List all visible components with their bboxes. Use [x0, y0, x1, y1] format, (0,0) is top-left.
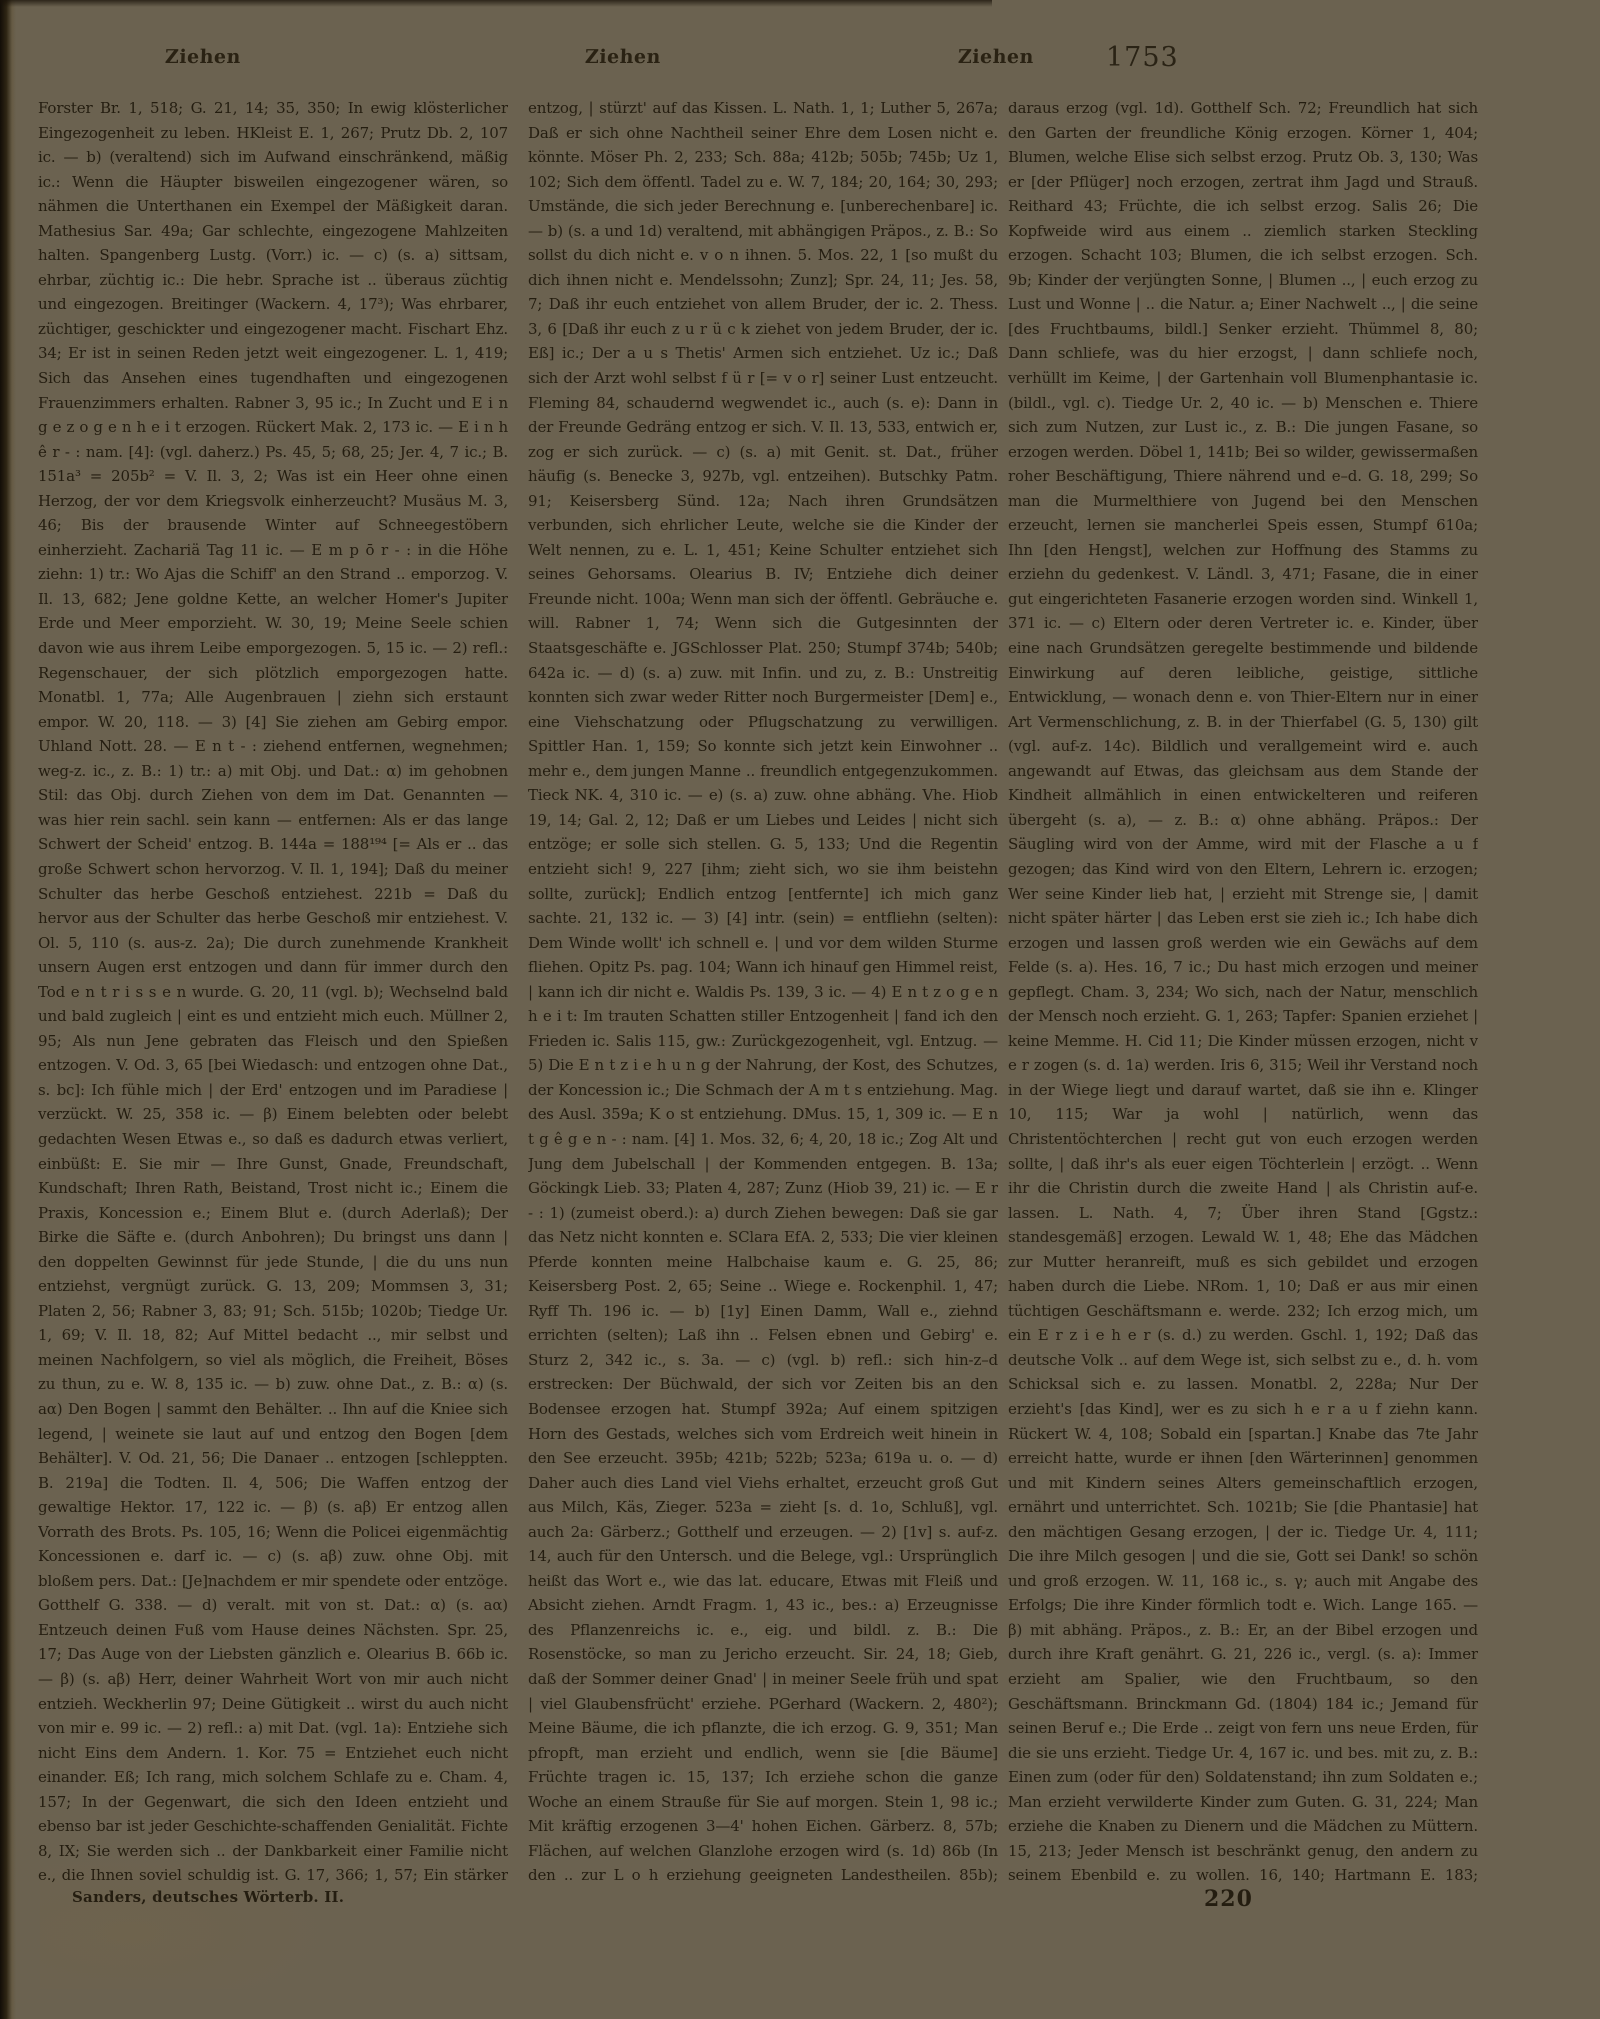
printer-signature-mark: 220 [1204, 1886, 1253, 1912]
text-column-2: entzog, | stürzt' auf das Kissen. L. Nat… [528, 96, 998, 1890]
running-title-right: Ziehen [958, 46, 1035, 68]
running-title-left: Ziehen [165, 46, 242, 68]
running-title-center: Ziehen [585, 46, 662, 68]
page-top-edge-shadow [0, 0, 992, 7]
page-number: 1753 [1106, 42, 1179, 73]
volume-footer-note: Sanders, deutsches Wörterb. II. [72, 1888, 344, 1906]
dictionary-page-scan: Ziehen Ziehen Ziehen 1753 Forster Br. 1,… [0, 0, 1600, 2019]
text-column-1: Forster Br. 1, 518; G. 21, 14; 35, 350; … [38, 96, 508, 1890]
binding-edge-shadow [0, 0, 16, 2019]
text-column-3: daraus erzog (vgl. 1d). Gotthelf Sch. 72… [1008, 96, 1478, 1890]
